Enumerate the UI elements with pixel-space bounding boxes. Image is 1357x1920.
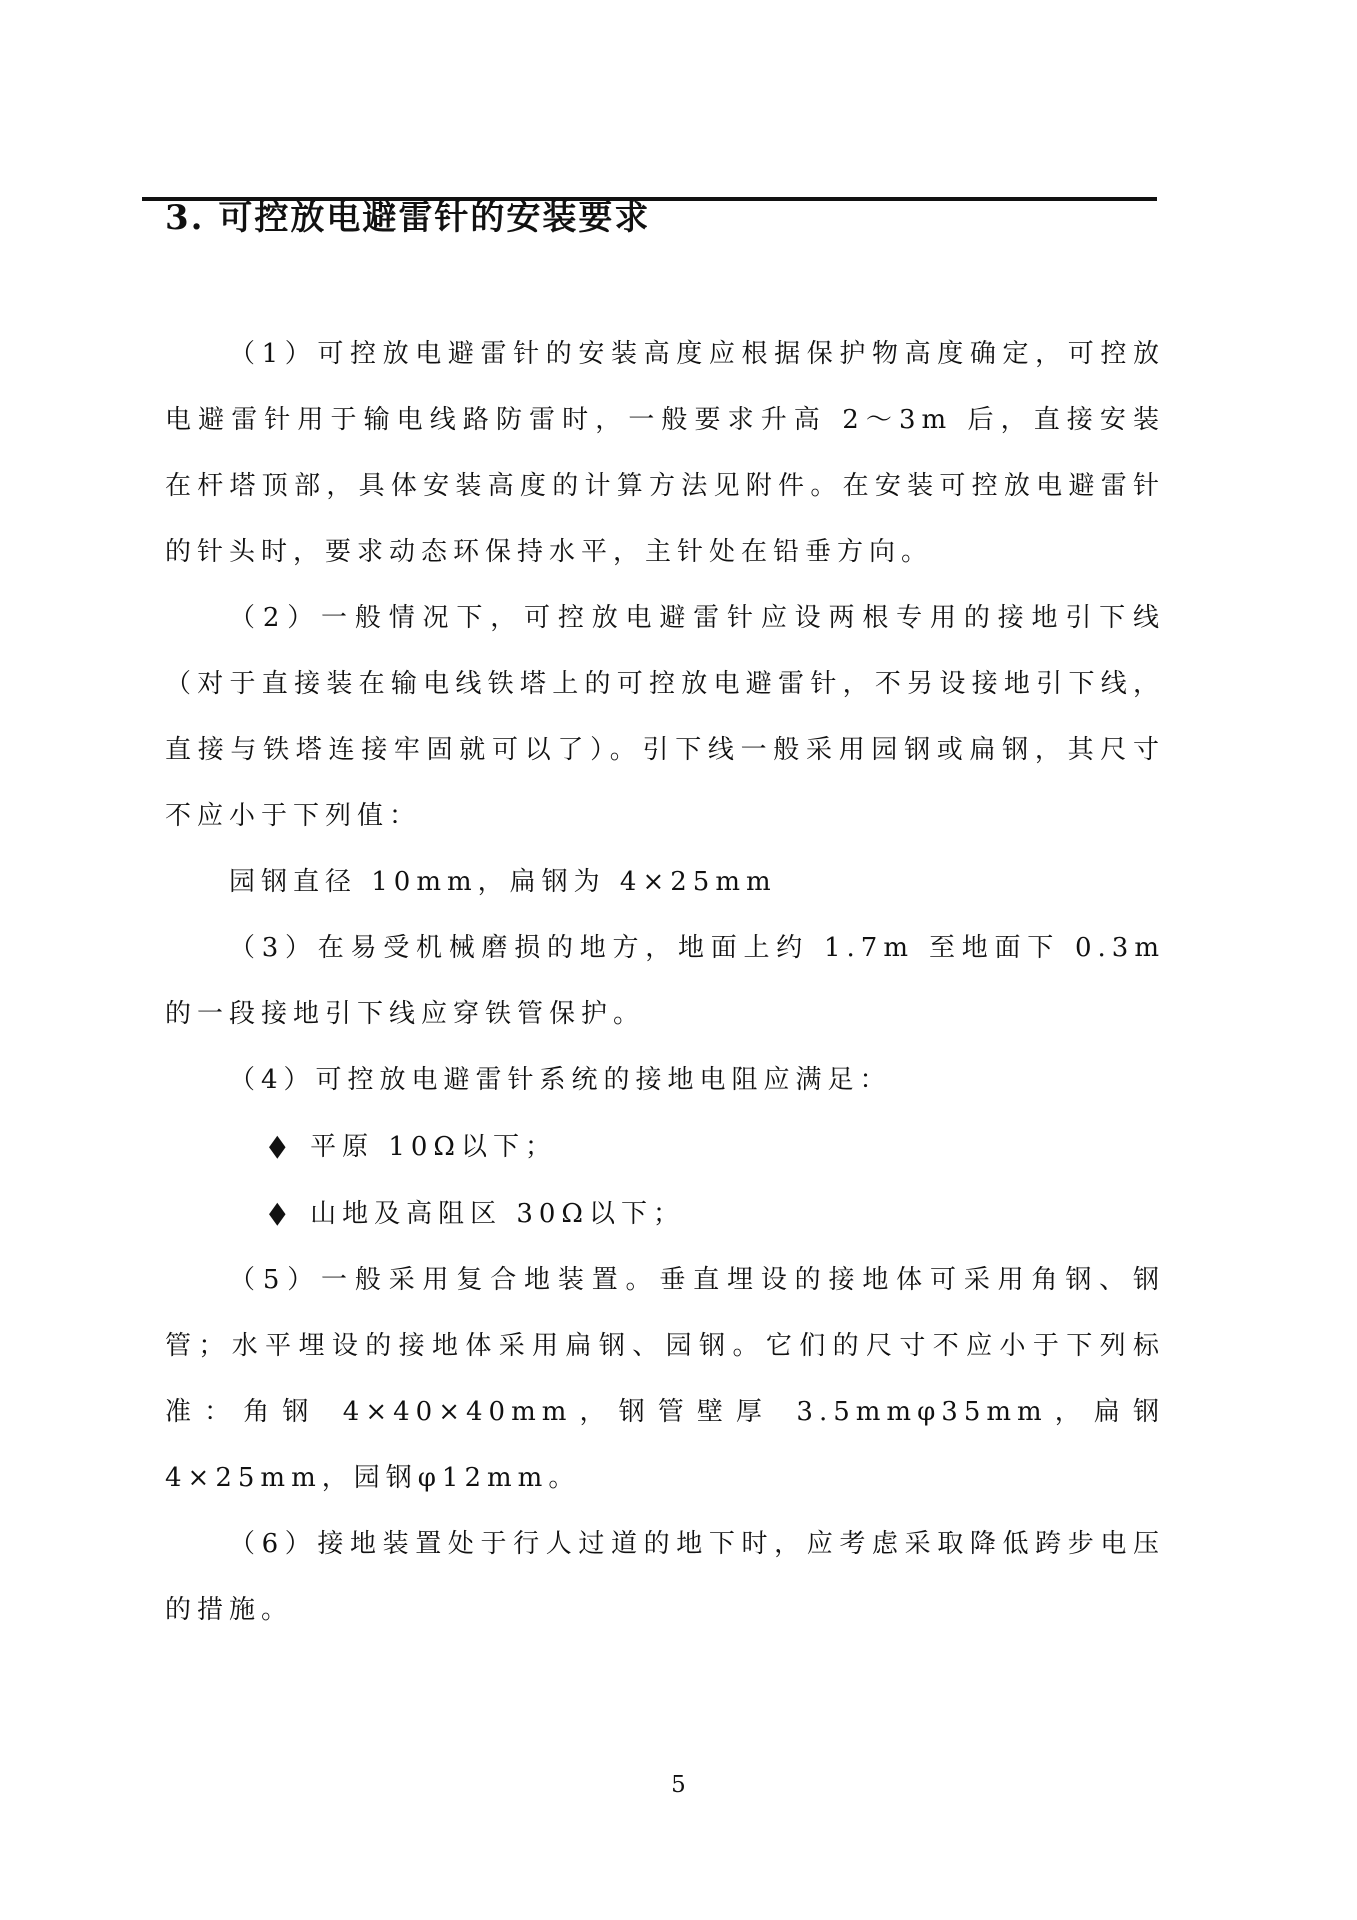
paragraph-4: （3）在易受机械磨损的地方，地面上约 1.7m 至地面下 0.3m 的一段接地引… [165, 915, 1165, 1047]
paragraph-7: （6）接地装置处于行人过道的地下时，应考虑采取降低跨步电压的措施。 [165, 1511, 1165, 1643]
bullet-item-plain: ◆平原 10Ω以下； [165, 1113, 1165, 1180]
document-page: 3. 可控放电避雷针的安装要求 （1）可控放电避雷针的安装高度应根据保护物高度确… [0, 0, 1357, 1920]
paragraph-6: （5）一般采用复合地装置。垂直埋设的接地体可采用角钢、钢管；水平埋设的接地体采用… [165, 1247, 1165, 1511]
paragraph-2: （2）一般情况下，可控放电避雷针应设两根专用的接地引下线（对于直接装在输电线铁塔… [165, 585, 1165, 849]
bullet-item-plain-text: 平原 10Ω以下； [310, 1132, 557, 1162]
diamond-bullet-icon: ◆ [269, 1180, 286, 1246]
document-body: （1）可控放电避雷针的安装高度应根据保护物高度确定，可控放电避雷针用于输电线路防… [165, 321, 1165, 1643]
paragraph-3-steel-sizes: 园钢直径 10mm，扁钢为 4×25mm [165, 849, 1165, 915]
bullet-item-mountain: ◆山地及高阻区 30Ω以下； [165, 1180, 1165, 1247]
page-number: 5 [0, 1772, 1357, 1798]
diamond-bullet-icon: ◆ [269, 1113, 286, 1179]
bullet-item-mountain-text: 山地及高阻区 30Ω以下； [310, 1199, 685, 1229]
paragraph-1: （1）可控放电避雷针的安装高度应根据保护物高度确定，可控放电避雷针用于输电线路防… [165, 321, 1165, 585]
section-heading: 3. 可控放电避雷针的安装要求 [165, 195, 1195, 241]
paragraph-5: （4）可控放电避雷针系统的接地电阻应满足： [165, 1047, 1165, 1113]
